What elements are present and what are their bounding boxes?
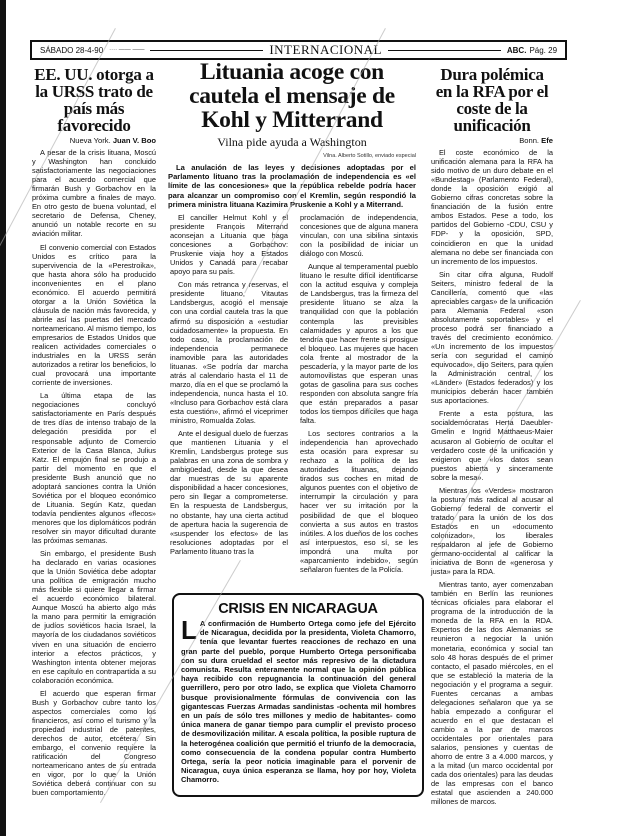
article-headline: EE. UU. otorga a la URSS trato de país m… bbox=[32, 66, 156, 134]
article-credit: Vilna. Alberto Sotillo, enviado especial bbox=[168, 153, 416, 159]
scan-edge-bar bbox=[0, 0, 6, 836]
article-lithuania-header: Lituania acoge con cautela el mensaje de… bbox=[168, 60, 416, 209]
editorial-text: LA confirmación de Humberto Ortega como … bbox=[174, 619, 422, 785]
article-headline: Dura polémica en la RFA por el coste de … bbox=[431, 66, 553, 134]
page-number: Pág. 29 bbox=[529, 46, 557, 55]
header-rule-right bbox=[388, 50, 501, 51]
paragraph: Sin embargo, el presidente Bush ha decla… bbox=[32, 549, 156, 685]
page-header: SÁBADO 28-4-90 ···· —— —— INTERNACIONAL … bbox=[30, 40, 567, 58]
paragraph: La última etapa de las negociaciones con… bbox=[32, 391, 156, 545]
section-title: INTERNACIONAL bbox=[269, 42, 382, 58]
issue-date: SÁBADO 28-4-90 bbox=[40, 46, 103, 55]
paragraph: A pesar de la crisis lituana, Moscú y Wa… bbox=[32, 148, 156, 238]
article-lithuania-col-a: El canciller Helmut Kohl y el presidente… bbox=[170, 213, 288, 560]
header-dashes: ···· —— —— bbox=[109, 47, 144, 53]
article-headline: Lituania acoge con cautela el mensaje de… bbox=[168, 60, 416, 132]
paragraph: proclamación de independencia, concesion… bbox=[300, 213, 418, 258]
paragraph: Frente a esta postura, las socialdemócra… bbox=[431, 409, 553, 481]
author: Efe bbox=[541, 136, 553, 145]
editorial-box: CRISIS EN NICARAGUA LA confirmación de H… bbox=[172, 593, 424, 797]
paragraph: Los sectores contrarios a la independenc… bbox=[300, 429, 418, 574]
editorial-body: A confirmación de Humberto Ortega como j… bbox=[181, 619, 416, 784]
dateline: Bonn. bbox=[519, 136, 539, 145]
paragraph: Aunque al temperamental pueblo lituano l… bbox=[300, 262, 418, 425]
article-lithuania-col-b: proclamación de independencia, concesion… bbox=[300, 213, 418, 578]
paragraph: El acuerdo que esperan firmar Bush y Gor… bbox=[32, 689, 156, 798]
paragraph: Mientras los «Verdes» mostraron la postu… bbox=[431, 486, 553, 576]
article-byline: Bonn. Efe bbox=[431, 136, 553, 145]
article-byline: Nueva York. Juan V. Boo bbox=[32, 136, 156, 145]
brand-name: ABC. bbox=[507, 46, 527, 55]
article-subheadline: Vilna pide ayuda a Washington bbox=[168, 135, 416, 150]
article-us-ussr: EE. UU. otorga a la URSS trato de país m… bbox=[32, 62, 156, 801]
article-rfa-unification: Dura polémica en la RFA por el coste de … bbox=[431, 62, 553, 810]
paragraph: El convenio comercial con Estados Unidos… bbox=[32, 243, 156, 388]
author: Juan V. Boo bbox=[113, 136, 156, 145]
paragraph: Mientras tanto, ayer comenzaban también … bbox=[431, 580, 553, 806]
paragraph: Con más retranca y reservas, el presiden… bbox=[170, 280, 288, 425]
paragraph: Ante el desigual duelo de fuerzas que ma… bbox=[170, 429, 288, 556]
dateline: Nueva York. bbox=[70, 136, 111, 145]
paragraph: Sin citar cifra alguna, Rudolf Seiters, … bbox=[431, 270, 553, 406]
header-rule-left bbox=[150, 50, 263, 51]
paragraph: El coste económico de la unificación ale… bbox=[431, 148, 553, 266]
